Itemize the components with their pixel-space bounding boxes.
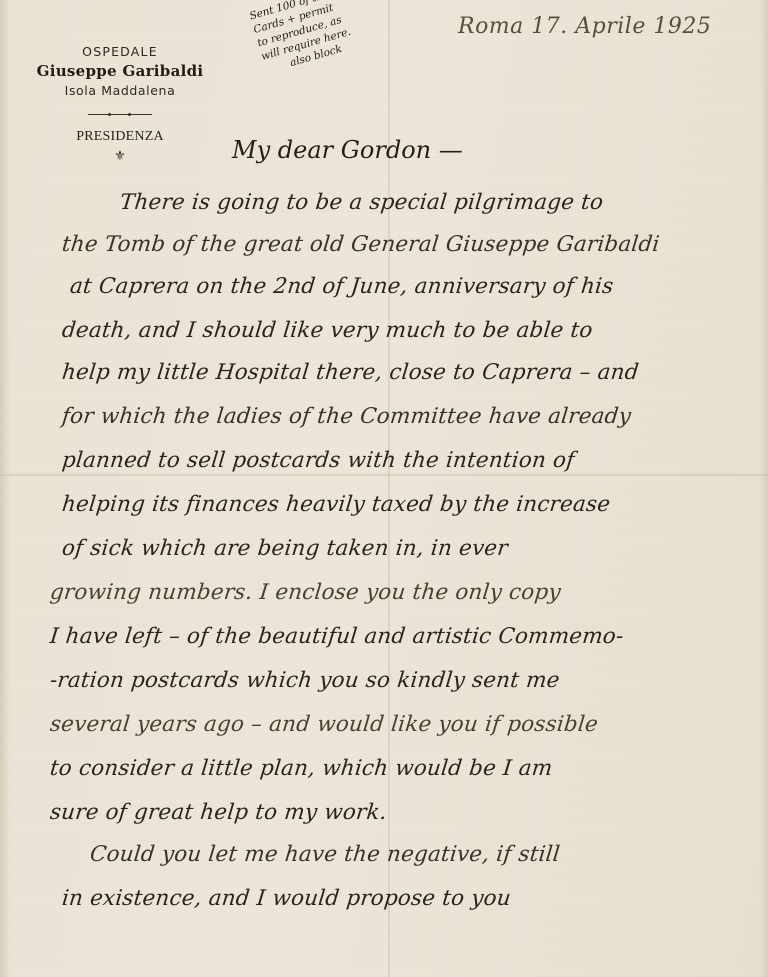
body-line: the Tomb of the great old General Giusep… <box>61 232 661 257</box>
body-line: There is going to be a special pilgrimag… <box>119 190 605 215</box>
page-edge-left <box>0 0 10 977</box>
dateline: Roma 17. Aprile 1925 <box>458 14 711 39</box>
body-line: I have left – of the beautiful and artis… <box>49 624 625 649</box>
margin-note: Sent 100 of the Cards + permit to reprod… <box>248 0 411 77</box>
body-line: for which the ladies of the Committee ha… <box>61 404 633 429</box>
body-line: growing numbers. I enclose you the only … <box>49 580 562 605</box>
body-line: sure of great help to my work. <box>49 800 388 825</box>
body-line: Could you let me have the negative, if s… <box>89 842 562 867</box>
letterhead-hospital: OSPEDALE <box>20 44 220 60</box>
salutation: My dear Gordon — <box>232 136 463 164</box>
fleur-ornament-icon: ⚜ <box>20 149 220 163</box>
letterhead: OSPEDALE Giuseppe Garibaldi Isola Maddal… <box>20 44 220 163</box>
body-line: of sick which are being taken in, in eve… <box>61 536 509 561</box>
letterhead-divider <box>88 114 152 115</box>
body-line: help my little Hospital there, close to … <box>61 360 640 385</box>
body-line: at Caprera on the 2nd of June, anniversa… <box>69 274 615 299</box>
body-line: planned to sell postcards with the inten… <box>61 448 576 473</box>
body-line: to consider a little plan, which would b… <box>49 756 554 781</box>
fold-crease-horizontal <box>0 474 768 476</box>
body-line: in existence, and I would propose to you <box>61 886 512 911</box>
body-line: helping its finances heavily taxed by th… <box>61 492 612 517</box>
letterhead-name: Giuseppe Garibaldi <box>20 60 220 82</box>
letterhead-location: Isola Maddalena <box>20 82 220 100</box>
letterhead-office: PRESIDENZA <box>20 129 220 145</box>
body-line: -ration postcards which you so kindly se… <box>49 668 561 693</box>
body-line: death, and I should like very much to be… <box>61 318 594 343</box>
letter-page: OSPEDALE Giuseppe Garibaldi Isola Maddal… <box>0 0 768 977</box>
body-line: several years ago – and would like you i… <box>49 712 600 737</box>
page-edge-right <box>760 0 768 977</box>
